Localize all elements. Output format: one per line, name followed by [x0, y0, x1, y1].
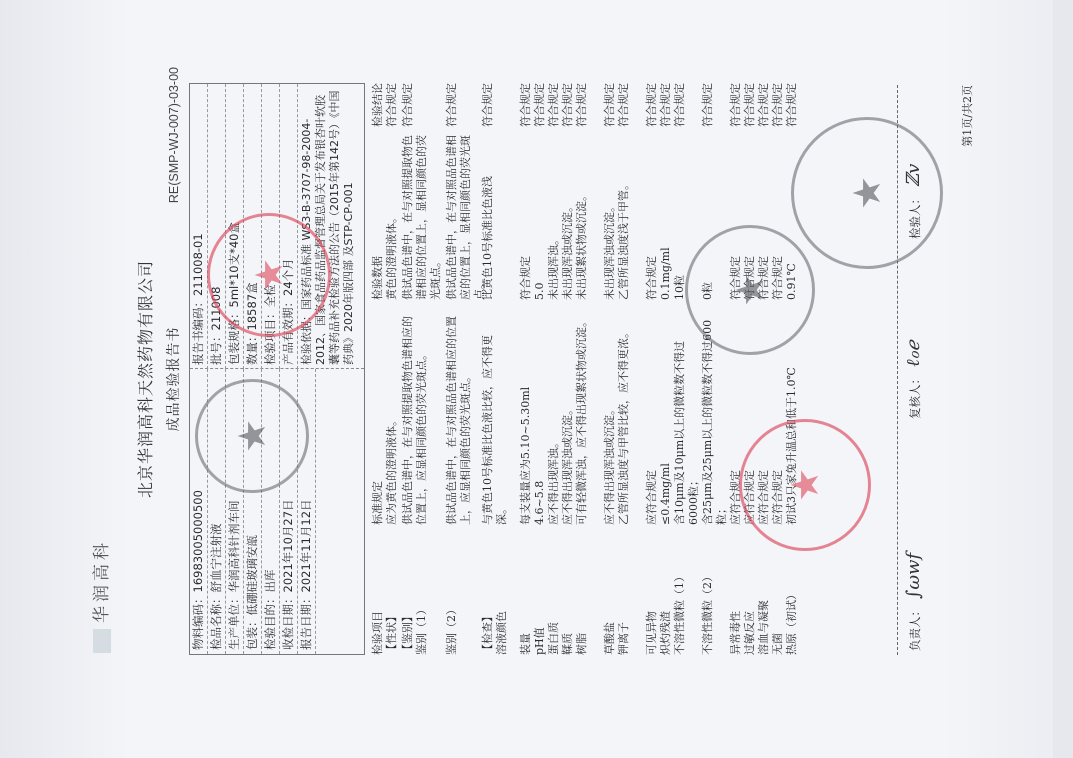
stamp-red-top: ★ [207, 213, 331, 337]
stamp-red-bottom: ★ [739, 419, 871, 551]
company-name: 北京华润高科天然药物有限公司 [133, 49, 156, 709]
result-conclusion: 符合规定 [771, 65, 785, 127]
result-standard: 每支装量应为5.10~5.30ml [519, 315, 533, 525]
result-item: 装量 [519, 527, 533, 655]
result-data: 未出现絮状物或沉淀。 [575, 130, 589, 300]
info-row: 报告书编码：211008-01 [190, 84, 208, 369]
header-data: 检验数据 [371, 130, 385, 300]
result-data: 黄色的澄明液体。 [385, 130, 399, 300]
document-code: RE(SMP-WJ-007)-03-00 [167, 67, 181, 203]
result-conclusion: 符合规定 [481, 65, 495, 127]
star-icon: ★ [728, 273, 772, 307]
result-item: 草酸盐 [603, 527, 617, 655]
result-item: 溶血与凝聚 [757, 527, 771, 655]
result-conclusion: 符合规定 [519, 65, 533, 127]
responsible-scrawl: ∫ωwf [903, 553, 924, 599]
reviewer-label: 复核人： [908, 373, 922, 419]
result-item: 【性状】 [385, 527, 399, 655]
result-conclusion: 符合规定 [445, 65, 459, 127]
brand-logo: 华润高科 [87, 539, 112, 653]
result-conclusion: 符合规定 [757, 65, 771, 127]
star-icon: ★ [845, 176, 889, 210]
stamp-gray-bottom: ★ [791, 117, 943, 269]
report-page: 华润高科 北京华润高科天然药物有限公司 成品检验报告书 RE(SMP-WJ-00… [71, 49, 1001, 709]
result-item: 【鉴别】 鉴别（1） [401, 527, 429, 655]
result-conclusion: 符合规定 [701, 65, 715, 127]
star-icon: ★ [783, 468, 827, 502]
result-conclusion: 符合规定 [561, 65, 575, 127]
responsible-label: 负责人： [908, 605, 922, 651]
result-standard: ≤0.4mg/ml [659, 315, 673, 525]
result-data: 供试品色谱中，在与对照提取物色谱相应的位置上，显相同颜色的荧光斑点。 [401, 130, 443, 300]
result-conclusion: 符合规定 [645, 65, 659, 127]
result-standard: 应不得出现浑浊。 [547, 315, 561, 525]
result-conclusion: 符合规定 [659, 65, 673, 127]
result-data: 未出现浑浊或沉淀。 [561, 130, 575, 300]
scan-edge [1053, 0, 1073, 758]
logo-icon [93, 629, 111, 653]
result-conclusion: 符合规定 [385, 65, 399, 127]
brand-name: 华润高科 [92, 539, 112, 623]
result-data: 未出现浑浊。 [547, 130, 561, 300]
result-item: 鞣质 [561, 527, 575, 655]
result-item: 钾离子 [617, 527, 631, 655]
reviewer-scrawl: ℓℴℯ [903, 341, 924, 367]
result-conclusion: 符合规定 [603, 65, 617, 127]
result-data: 比黄色10号标准比色液浅 [481, 130, 495, 300]
responsible-signature: 负责人：∫ωwf [903, 553, 924, 651]
result-conclusion: 符合规定 [785, 65, 799, 127]
result-conclusion: 符合规定 [729, 65, 743, 127]
result-standard: 供试品色谱中，在与对照品色谱相应的位置上，应显相同颜色的荧光斑点。 [445, 315, 473, 525]
result-standard: 可有轻微浑浊，应不得出现絮状物或沉淀。 [575, 315, 589, 525]
info-row: 批号：211008 [208, 84, 226, 369]
result-item: 过敏反应 [743, 527, 757, 655]
star-icon: ★ [247, 258, 291, 292]
stamp-gray-middle: ★ [685, 225, 815, 355]
stamp-gray-top: ★ [195, 379, 309, 493]
result-standard: 含10μm及10μm以上的微粒数不得过6000粒； [673, 315, 701, 525]
header-conclusion: 检验结论 [371, 67, 385, 127]
result-item: 【检查】 溶液颜色 [481, 527, 509, 655]
result-data: 符合规定 [645, 130, 659, 300]
result-item: 异常毒性 [729, 527, 743, 655]
result-item: 不溶性微粒（2） [701, 527, 715, 655]
result-conclusion: 符合规定 [743, 65, 757, 127]
result-data: 未出现浑浊或沉淀。 [603, 130, 617, 300]
result-item: 可见异物 [645, 527, 659, 655]
result-standard: 乙管所显浊度与甲管比较，应不得更浓。 [617, 315, 631, 525]
result-item: 树脂 [575, 527, 589, 655]
result-standard: 应不得出现浑浊或沉淀。 [561, 315, 575, 525]
result-data: 符合规定 [519, 130, 533, 300]
result-data: 5.0 [533, 130, 547, 300]
info-box: 物料编码：16983005000500检品名称：舒血宁注射液生产单位：华润高科针… [189, 83, 365, 655]
result-item: 不溶性微粒（1） [673, 527, 687, 655]
result-item: 蛋白质 [547, 527, 561, 655]
result-conclusion: 符合规定 [575, 65, 589, 127]
result-item: pH值 [533, 527, 547, 655]
result-conclusion: 符合规定 [617, 65, 631, 127]
result-data: 10粒 [673, 130, 687, 300]
page-number: 第1页/共2页 [959, 85, 975, 147]
result-standard: 与黄色10号标准比色液比较，应不得更深。 [481, 315, 509, 525]
result-standard: 供试品色谱中，在与对照提取物色谱相应的位置上，应显相同颜色的荧光斑点。 [401, 315, 429, 525]
result-standard: 应为黄色的澄明液体。 [385, 315, 399, 525]
result-data: 乙管所显浊度浅于甲管。 [617, 130, 631, 300]
header-item: 检验项目 [371, 525, 385, 655]
result-conclusion: 符合规定 [533, 65, 547, 127]
result-conclusion: 符合规定 [673, 65, 687, 127]
star-icon: ★ [230, 419, 274, 453]
header-standard: 标准规定 [371, 325, 385, 525]
result-standard: 应不得出现浑浊或沉淀。 [603, 315, 617, 525]
result-item: 鉴别（2） [445, 527, 459, 655]
result-conclusion: 符合规定 [547, 65, 561, 127]
reviewer-signature: 复核人：ℓℴℯ [903, 341, 924, 419]
result-data: 0.1mg/ml [659, 130, 673, 300]
result-standard: 4.6~5.8 [533, 315, 547, 525]
result-standard: 应符合规定 [645, 315, 659, 525]
result-item: 炽灼残渣 [659, 527, 673, 655]
result-conclusion: 符合规定 [401, 65, 415, 127]
